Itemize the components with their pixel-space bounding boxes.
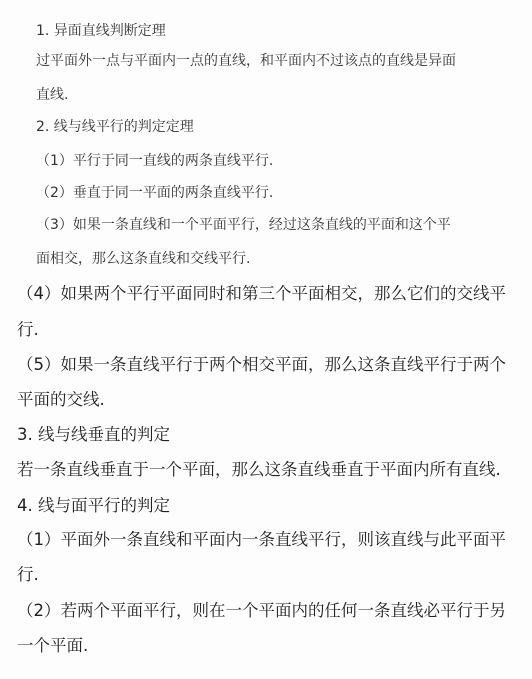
section-4-heading: 4. 线与面平行的判定 bbox=[17, 498, 170, 515]
section-3-body: 若一条直线垂直于一个平面，那么这条直线垂直于平面内所有直线. bbox=[17, 462, 501, 479]
section-4-item-1-line-2: 行. bbox=[17, 567, 39, 584]
section-3-heading: 3. 线与线垂直的判定 bbox=[17, 427, 170, 444]
section-2-heading: 2. 线与线平行的判定定理 bbox=[36, 120, 194, 134]
section-2-item-1: （1）平行于同一直线的两条直线平行. bbox=[36, 154, 273, 168]
section-1-heading: 1. 异面直线判断定理 bbox=[36, 24, 166, 38]
section-2-item-4-line-2: 行. bbox=[17, 322, 39, 339]
section-2-item-5-line-1: （5）如果一条直线平行于两个相交平面，那么这条直线平行于两个 bbox=[17, 357, 506, 374]
section-2-item-3-line-1: （3）如果一条直线和一个平面平行，经过这条直线的平面和这个平 bbox=[36, 218, 451, 232]
section-2-item-2: （2）垂直于同一平面的两条直线平行. bbox=[36, 186, 273, 200]
section-4-item-2-line-2: 一个平面. bbox=[17, 638, 88, 655]
section-1-body-line-2: 直线. bbox=[36, 88, 68, 102]
section-2-item-4-line-1: （4）如果两个平行平面同时和第三个平面相交，那么它们的交线平 bbox=[17, 286, 506, 303]
section-4-item-2-line-1: （2）若两个平面平行，则在一个平面内的任何一条直线必平行于另 bbox=[17, 603, 506, 620]
section-4-item-1-line-1: （1）平面外一条直线和平面内一条直线平行，则该直线与此平面平 bbox=[17, 532, 506, 549]
section-2-item-5-line-2: 平面的交线. bbox=[17, 392, 105, 409]
section-1-body-line-1: 过平面外一点与平面内一点的直线，和平面内不过该点的直线是异面 bbox=[36, 54, 456, 68]
section-2-item-3-line-2: 面相交，那么这条直线和交线平行. bbox=[36, 252, 250, 266]
